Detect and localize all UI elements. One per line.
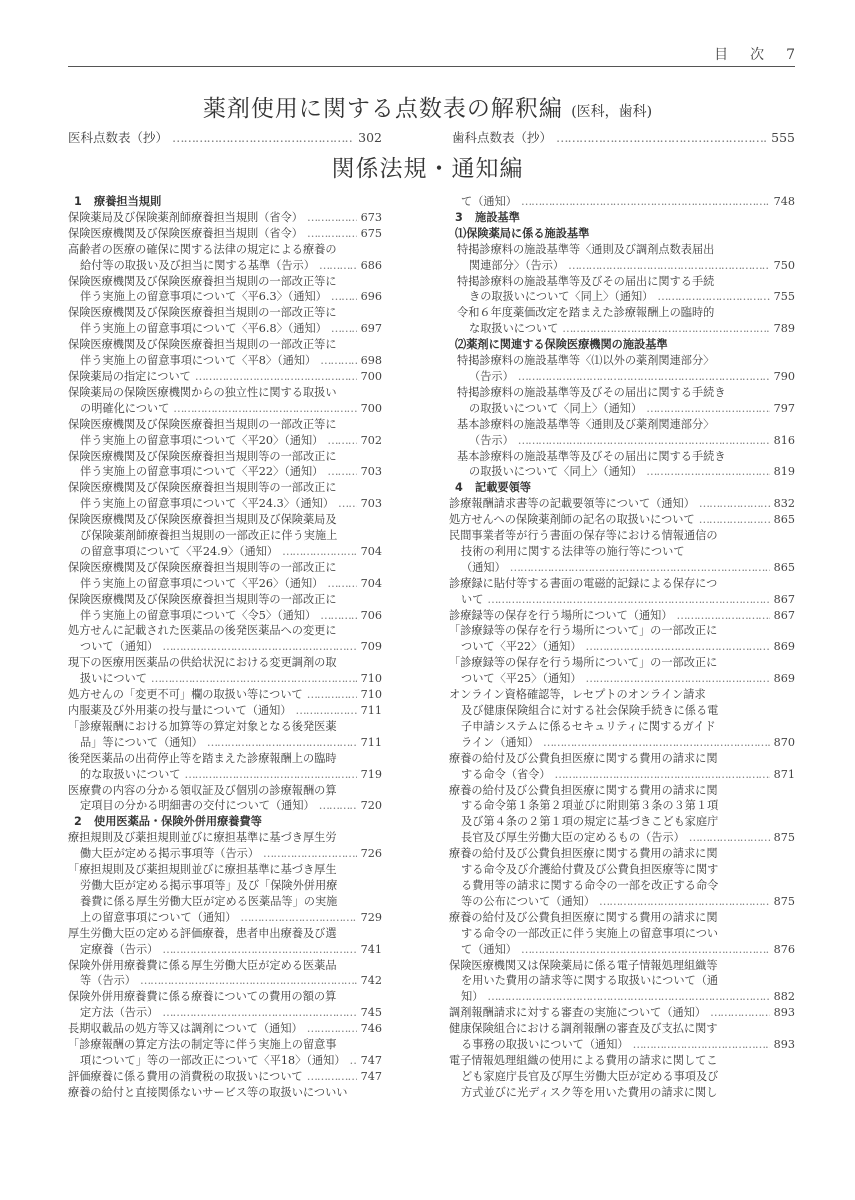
toc-page-number: 703 — [361, 496, 382, 512]
toc-right-column: て（通知）7483施設基準⑴保険薬局に係る施設基準特掲診療料の施設基準等〈通則及… — [449, 194, 795, 1101]
toc-page-number: 673 — [361, 210, 382, 226]
toc-entry[interactable]: 調剤報酬請求に対する審査の実施について（通知）893 — [449, 1005, 795, 1021]
toc-entry[interactable]: 現下の医療用医薬品の供給状況における変更調剤の取扱いについて710 — [68, 655, 382, 687]
toc-entry[interactable]: 保険医療機関及び保険医療養担当規則等の一部改正に伴う実施上の留意事項について〈平… — [68, 560, 382, 592]
toc-entry-text: な取扱いについて — [469, 321, 558, 337]
toc-entry[interactable]: 医療費の内容の分かる領収証及び個別の診療報酬の算定項目の分かる明細書の交付につい… — [68, 783, 382, 815]
toc-entry-text: ども家庭庁長官及び厚生労働大臣が定める事項及び — [449, 1069, 795, 1085]
toc-entry-text: 働大臣が定める掲示事項等（告示） — [80, 846, 259, 862]
toc-entry-text: る費用等の請求に関する命令の一部を改正する命令 — [449, 878, 795, 894]
toc-entry-line: ついて〈平22〉（通知）869 — [449, 639, 795, 655]
toc-entry-text: きの取扱いについて〈同上〉（通知） — [469, 289, 653, 305]
toc-page-number: 870 — [774, 735, 795, 751]
toc-entry-text: 療養の給付及び公費負担医療に関する費用の請求に関 — [449, 846, 795, 862]
toc-entry-text: 令和６年度薬価改定を踏まえた診療報酬上の臨時的 — [449, 305, 795, 321]
toc-entry[interactable]: 診療録等の保存を行う場所について（通知）867 — [449, 608, 795, 624]
toc-entry-text: 保険外併用療養費に係る厚生労働大臣が定める医薬品 — [68, 958, 382, 974]
leader-dots — [307, 226, 357, 242]
leader-dots — [162, 942, 356, 958]
toc-entry[interactable]: 診療報酬請求書等の記載要領等について（通知）832 — [449, 496, 795, 512]
toc-entry-line: ライン（通知）870 — [449, 735, 795, 751]
leader-dots — [162, 639, 356, 655]
toc-entry-text: 療養の給付と直接関係ないサービス等の取扱いについい — [68, 1085, 382, 1101]
toc-entry[interactable]: 後発医薬品の出荷停止等を踏まえた診療報酬上の臨時的な取扱いについて719 — [68, 751, 382, 783]
leader-dots — [518, 369, 770, 385]
toc-entry-text: 技術の利用に関する法律等の施行等について — [449, 544, 795, 560]
toc-entry-line: 伴う実施上の留意事項について〈令5〉（通知）706 — [68, 608, 382, 624]
toc-entry-text: る事務の取扱いについて（通知） — [461, 1037, 629, 1053]
toc-entry-text: 「診療報酬における加算等の算定対象となる後発医薬 — [68, 719, 382, 735]
toc-entry[interactable]: 特掲診療料の施設基準等及びその届出に関する手続きの取扱いについて〈同上〉（通知）… — [449, 385, 795, 417]
toc-entry-line: 伴う実施上の留意事項について〈平26〉（通知）704 — [68, 576, 382, 592]
toc-entry-text: 療担規則及び薬担規則並びに療担基準に基づき厚生労 — [68, 830, 382, 846]
toc-entry[interactable]: 「診療録等の保存を行う場所について」の一部改正について〈平25〉（通知）869 — [449, 655, 795, 687]
toc-entry-text: 給付等の取扱い及び担当に関する基準（告示） — [80, 258, 315, 274]
leader-dots — [350, 1053, 357, 1069]
toc-entry-text: 現下の医療用医薬品の供給状況における変更調剤の取 — [68, 655, 382, 671]
toc-entry-text: 的な取扱いについて — [80, 767, 180, 783]
toc-entry-line: て（通知）748 — [449, 194, 795, 210]
leader-dots — [331, 321, 357, 337]
toc-entry[interactable]: 保険薬局の保険医療機関からの独立性に関する取扱いの明確化について700 — [68, 385, 382, 417]
leader-dots — [699, 496, 770, 512]
toc-page-number: 865 — [774, 512, 795, 528]
running-head: 目次7 — [68, 44, 795, 67]
toc-entry-text: 定項目の分かる明細書の交付について（通知） — [80, 798, 315, 814]
toc-entry-text: する命令第１条第２項並びに附則第３条の３第１項 — [449, 798, 795, 814]
toc-page-number: 686 — [361, 258, 382, 274]
toc-entry-text: 伴う実施上の留意事項について〈平24.3〉（通知） — [80, 496, 334, 512]
toc-page-number: 876 — [774, 942, 795, 958]
running-head-label: 次 — [750, 47, 764, 63]
toc-entry-text: 伴う実施上の留意事項について〈平20〉（通知） — [80, 433, 323, 449]
toc-entry[interactable]: 療養の給付及び公費負担医療に関する費用の請求に関する命令及び介護給付費及び公費負… — [449, 846, 795, 910]
toc-entry-text: 後発医薬品の出荷停止等を踏まえた診療報酬上の臨時 — [68, 751, 382, 767]
toc-page-number: 711 — [361, 735, 382, 751]
toc-entry-text: 内服薬及び外用薬の投与量について（通知） — [68, 703, 292, 719]
toc-entry[interactable]: 医科点数表（抄）302 — [68, 128, 382, 146]
toc-entry-line: 保険薬局の指定について700 — [68, 369, 382, 385]
toc-page-number: 741 — [361, 942, 382, 958]
toc-entry-text: 厚生労働大臣の定める評価療養，患者申出療養及び選 — [68, 926, 382, 942]
toc-entry[interactable]: 特掲診療料の施設基準等及びその届出に関する手続きの取扱いについて〈同上〉（通知）… — [449, 274, 795, 306]
toc-entry-text: 「診療録等の保存を行う場所について」の一部改正に — [449, 655, 795, 671]
toc-entry-text: 伴う実施上の留意事項について〈平6.3〉（通知） — [80, 289, 327, 305]
toc-page-number: 709 — [361, 639, 382, 655]
toc-entry[interactable]: 「診療報酬における加算等の算定対象となる後発医薬品」等について（通知）711 — [68, 719, 382, 751]
toc-entry-text: 長官及び厚生労働大臣の定めるもの（告示） — [461, 830, 685, 846]
toc-entry-text: 保険医療機関及び保険医療養担当規則（省令） — [68, 226, 303, 242]
toc-entry-line: 内服薬及び外用薬の投与量について（通知）711 — [68, 703, 382, 719]
toc-entry-text: 療養の給付及び公費負担医療に関する費用の請求に関 — [449, 910, 795, 926]
toc-page-number: 726 — [361, 846, 382, 862]
subsection-heading: ⑴保険薬局に係る施設基準 — [449, 226, 795, 242]
leader-dots — [296, 703, 357, 719]
toc-entry-line: 知）882 — [449, 989, 795, 1005]
toc-entry[interactable]: オンライン資格確認等，レセプトのオンライン請求及び健康保険組合に対する社会保険手… — [449, 687, 795, 751]
toc-entry[interactable]: て（通知）748 — [449, 194, 795, 210]
toc-entry-line: 伴う実施上の留意事項について〈平6.8〉（通知）697 — [68, 321, 382, 337]
toc-entry-text: 上の留意事項について（通知） — [80, 910, 236, 926]
leader-dots — [307, 1021, 357, 1037]
leader-dots — [327, 464, 356, 480]
toc-entry[interactable]: 保険薬局及び保険薬剤師療養担当規則（省令）673 — [68, 210, 382, 226]
toc-entry-text: いて — [461, 592, 483, 608]
toc-entry-text: 特掲診療料の施設基準等及びその届出に関する手続 — [449, 274, 795, 290]
toc-entry-line: 保険薬局及び保険薬剤師療養担当規則（省令）673 — [68, 210, 382, 226]
toc-entry-text: び保険薬剤師療養担当規則の一部改正に伴う実施上 — [68, 528, 382, 544]
toc-entry-line: 伴う実施上の留意事項について〈平24.3〉（通知）703 — [68, 496, 382, 512]
leader-dots — [331, 289, 357, 305]
toc-page-number: 729 — [361, 910, 382, 926]
part-subtitle: (医科，歯科) — [571, 104, 652, 120]
leader-dots — [699, 512, 770, 528]
leader-dots — [543, 735, 770, 751]
leader-dots — [633, 1037, 770, 1053]
leader-dots — [487, 592, 769, 608]
toc-entry-text: 処方せんの「変更不可」欄の取扱い等について — [68, 687, 303, 703]
toc-entry[interactable]: 保険医療機関及び保険医療養担当規則等の一部改正に伴う実施上の留意事項について〈平… — [68, 480, 382, 512]
toc-entry[interactable]: 保険医療機関及び保険医療養担当規則の一部改正等に伴う実施上の留意事項について〈平… — [68, 274, 382, 306]
toc-page-number: 719 — [361, 767, 382, 783]
toc-entry-line: 等の公布について（通知）875 — [449, 894, 795, 910]
toc-entry-text: 民間事業者等が行う書面の保存等における情報通信の — [449, 528, 795, 544]
toc-entry-text: 労働大臣が定める掲示事項等」及び「保険外併用療 — [68, 878, 382, 894]
leader-dots — [195, 369, 357, 385]
toc-entry-text: 伴う実施上の留意事項について〈令5〉（通知） — [80, 608, 316, 624]
toc-entry-text: 評価療養に係る費用の消費税の取扱いについて — [68, 1069, 303, 1085]
toc-page-number: 698 — [361, 353, 382, 369]
toc-entry[interactable]: 療養の給付及び公費負担医療に関する費用の請求に関する命令の一部改正に伴う実施上の… — [449, 910, 795, 958]
toc-entry-text: ついて〈平25〉（通知） — [461, 671, 582, 687]
toc-entry-text: 保険医療機関及び保険医療養担当規則の一部改正等に — [68, 337, 382, 353]
section-heading: 2使用医薬品・保険外併用療養費等 — [68, 814, 382, 830]
toc-entry-text: する命令及び介護給付費及び公費負担医療等に関す — [449, 862, 795, 878]
leader-dots — [207, 735, 357, 751]
toc-page-number: 865 — [774, 560, 795, 576]
toc-entry[interactable]: 処方せんの「変更不可」欄の取扱い等について710 — [68, 687, 382, 703]
toc-entry[interactable]: 保険医療機関及び保険医療養担当規則の一部改正等に伴う実施上の留意事項について〈平… — [68, 417, 382, 449]
leader-dots — [307, 687, 357, 703]
toc-entry-text: 長期収載品の処方等又は調剤について（通知） — [68, 1021, 303, 1037]
toc-entry-line: 伴う実施上の留意事項について〈平20〉（通知）702 — [68, 433, 382, 449]
leader-dots — [518, 433, 770, 449]
toc-entry[interactable]: 保険医療機関及び保険医療養担当規則及び保険薬局及び保険薬剤師療養担当規則の一部改… — [68, 512, 382, 560]
toc-entry-line: の明確化について700 — [68, 401, 382, 417]
toc-page-number: 875 — [774, 830, 795, 846]
toc-entry-line: の取扱いについて〈同上〉（通知）819 — [449, 464, 795, 480]
toc-page-number: 742 — [361, 973, 382, 989]
toc-entry-text: 及び健康保険組合に対する社会保険手続きに係る電 — [449, 703, 795, 719]
toc-page-number: 302 — [358, 130, 382, 145]
toc-entry-text: 基本診療料の施設基準等〈通則及び薬剤関連部分〉 — [449, 417, 795, 433]
toc-entry-text: 等の公布について（通知） — [461, 894, 595, 910]
toc-entry-line: る事務の取扱いについて（通知）893 — [449, 1037, 795, 1053]
toc-entry-text: 基本診療料の施設基準等及びその届出に関する手続き — [449, 449, 795, 465]
toc-entry-text: 伴う実施上の留意事項について〈平26〉（通知） — [80, 576, 323, 592]
toc-entry[interactable]: 保険医療機関及び保険医療養担当規則等の一部改正に伴う実施上の留意事項について〈令… — [68, 592, 382, 624]
toc-page-number: 675 — [361, 226, 382, 242]
toc-entry[interactable]: 歯科点数表（抄）555 — [452, 128, 795, 146]
toc-entry-text: 処方せんに記載された医薬品の後発医薬品への変更に — [68, 623, 382, 639]
section-number: 3 — [449, 210, 475, 226]
toc-entry-line: 評価療養に係る費用の消費税の取扱いについて747 — [68, 1069, 382, 1085]
toc-entry-text: 処方せんへの保険薬剤師の記名の取扱いについて — [449, 512, 695, 528]
toc-entry-text: 保険外併用療養費に係る療養についての費用の額の算 — [68, 989, 382, 1005]
leader-dots — [521, 194, 770, 210]
leader-dots — [184, 767, 356, 783]
toc-entry-text: （通知） — [461, 560, 506, 576]
toc-entry-text: 医療費の内容の分かる領収証及び個別の診療報酬の算 — [68, 783, 382, 799]
toc-entry[interactable]: 令和６年度薬価改定を踏まえた診療報酬上の臨時的な取扱いについて789 — [449, 305, 795, 337]
toc-page-number: 790 — [774, 369, 795, 385]
toc-entry[interactable]: 特掲診療料の施設基準等〈通則及び調剤点数表届出関連部分〉（告示）750 — [449, 242, 795, 274]
leader-dots — [568, 258, 770, 274]
toc-page-number: 745 — [361, 1005, 382, 1021]
toc-entry[interactable]: 療養の給付及び公費負担医療に関する費用の請求に関する命令第１条第２項並びに附則第… — [449, 783, 795, 847]
toc-entry-text: オンライン資格確認等，レセプトのオンライン請求 — [449, 687, 795, 703]
toc-entry[interactable]: 基本診療料の施設基準等〈通則及び薬剤関連部分〉（告示）816 — [449, 417, 795, 449]
toc-entry-text: 特掲診療料の施設基準等〈⑴以外の薬剤関連部分〉 — [449, 353, 795, 369]
toc-entry-text: 調剤報酬請求に対する審査の実施について（通知） — [449, 1005, 706, 1021]
toc-entry-text: 診療報酬請求書等の記載要領等について（通知） — [449, 496, 695, 512]
leader-dots — [282, 544, 357, 560]
leader-dots — [263, 846, 357, 862]
toc-entry-line: 診療録等の保存を行う場所について（通知）867 — [449, 608, 795, 624]
leader-dots — [710, 1005, 770, 1021]
toc-entry-text: ライン（通知） — [461, 735, 539, 751]
toc-page-number: 700 — [361, 401, 382, 417]
part-title-interpretation: 薬剤使用に関する点数表の解釈編 (医科，歯科) — [0, 90, 855, 123]
toc-entry[interactable]: 療養の給付と直接関係ないサービス等の取扱いについい — [68, 1085, 382, 1101]
toc-page-number: 704 — [361, 576, 382, 592]
toc-entry-text: ついて〈平22〉（通知） — [461, 639, 582, 655]
section-title: 療養担当規則 — [94, 195, 161, 208]
leader-dots — [586, 671, 770, 687]
toc-page-number: 555 — [771, 130, 795, 145]
leader-dots — [646, 401, 769, 417]
toc-page-number: 893 — [774, 1037, 795, 1053]
toc-entry[interactable]: 療担規則及び薬担規則並びに療担基準に基づき厚生労働大臣が定める掲示事項等（告示）… — [68, 830, 382, 862]
toc-entry-text: 項について」等の一部改正について〈平18〉（通知） — [80, 1053, 346, 1069]
toc-entry-line: 項について」等の一部改正について〈平18〉（通知）747 — [68, 1053, 382, 1069]
toc-entry-line: な取扱いについて789 — [449, 321, 795, 337]
leader-dots — [689, 830, 770, 846]
leader-dots — [646, 464, 769, 480]
leader-dots — [521, 942, 770, 958]
toc-entry-text: 電子情報処理組織の使用による費用の請求に関してこ — [449, 1053, 795, 1069]
toc-entry-text: （告示） — [469, 433, 514, 449]
leader-dots — [240, 910, 356, 926]
toc-entry[interactable]: 内服薬及び外用薬の投与量について（通知）711 — [68, 703, 382, 719]
toc-entry-line: 伴う実施上の留意事項について〈平22〉（通知）703 — [68, 464, 382, 480]
leader-dots — [338, 496, 357, 512]
toc-entry-line: 関連部分〉（告示）750 — [449, 258, 795, 274]
toc-entry-text: 療養の給付及び公費負担医療に関する費用の請求に関 — [449, 751, 795, 767]
toc-entry[interactable]: 保険医療機関及び保険医療養担当規則の一部改正等に伴う実施上の留意事項について〈平… — [68, 305, 382, 337]
toc-entry-line: （通知）865 — [449, 560, 795, 576]
toc-entry-text: 保険医療機関及び保険医療養担当規則及び保険薬局及 — [68, 512, 382, 528]
leader-dots — [307, 1069, 357, 1085]
toc-page-number: 867 — [774, 608, 795, 624]
toc-page-number: 704 — [361, 544, 382, 560]
toc-entry-text: 保険薬局の指定について — [68, 369, 191, 385]
toc-entry-text: の取扱いについて〈同上〉（通知） — [469, 464, 642, 480]
toc-page-number: 710 — [361, 671, 382, 687]
leader-dots — [586, 639, 770, 655]
leader-dots — [307, 210, 357, 226]
toc-entry[interactable]: 「診療録等の保存を行う場所について」の一部改正について〈平22〉（通知）869 — [449, 623, 795, 655]
leader-dots — [555, 767, 770, 783]
toc-entry-text: て（通知） — [461, 942, 517, 958]
toc-entry-line: する命令（省令）871 — [449, 767, 795, 783]
leader-dots — [140, 973, 357, 989]
toc-entry-text: 保険医療機関及び保険医療養担当規則等の一部改正に — [68, 592, 382, 608]
toc-entry[interactable]: 保険外併用療養費に係る厚生労働大臣が定める医薬品等（告示）742 — [68, 958, 382, 990]
toc-entry[interactable]: 電子情報処理組織の使用による費用の請求に関してこども家庭庁長官及び厚生労働大臣が… — [449, 1053, 795, 1101]
toc-entry-text: 「療担規則及び薬担規則並びに療担基準に基づき厚生 — [68, 862, 382, 878]
leader-dots — [151, 671, 357, 687]
toc-entry-line: 伴う実施上の留意事項について〈平8〉（通知）698 — [68, 353, 382, 369]
toc-entry-text: 「診療録等の保存を行う場所について」の一部改正に — [449, 623, 795, 639]
toc-entry-text: 伴う実施上の留意事項について〈平22〉（通知） — [80, 464, 323, 480]
toc-page-number: 746 — [361, 1021, 382, 1037]
toc-page-number: 702 — [361, 433, 382, 449]
toc-entry-line: 定方法（告示）745 — [68, 1005, 382, 1021]
toc-entry-line: ついて（通知）709 — [68, 639, 382, 655]
toc-entry-text: 保険医療機関及び保険医療養担当規則等の一部改正に — [68, 560, 382, 576]
toc-entry-text: 特掲診療料の施設基準等〈通則及び調剤点数表届出 — [449, 242, 795, 258]
toc-entry[interactable]: 高齢者の医療の確保に関する法律の規定による療養の給付等の取扱い及び担当に関する基… — [68, 242, 382, 274]
toc-entry-text: 健康保険組合における調剤報酬の審査及び支払に関す — [449, 1021, 795, 1037]
section-title: 記載要領等 — [475, 481, 531, 494]
toc-entry[interactable]: 「診療報酬の算定方法の制定等に伴う実施上の留意事項について」等の一部改正について… — [68, 1037, 382, 1069]
toc-entry-text: 診療録等の保存を行う場所について（通知） — [449, 608, 673, 624]
toc-entry-line: 定療養（告示）741 — [68, 942, 382, 958]
toc-entry-line: 扱いについて710 — [68, 671, 382, 687]
section-heading: 3施設基準 — [449, 210, 795, 226]
toc-entry[interactable]: 「療担規則及び薬担規則並びに療担基準に基づき厚生労働大臣が定める掲示事項等」及び… — [68, 862, 382, 926]
toc-entry-line: 給付等の取扱い及び担当に関する基準（告示）686 — [68, 258, 382, 274]
toc-entry[interactable]: 民間事業者等が行う書面の保存等における情報通信の技術の利用に関する法律等の施行等… — [449, 528, 795, 576]
toc-entry[interactable]: 評価療養に係る費用の消費税の取扱いについて747 — [68, 1069, 382, 1085]
toc-entry[interactable]: 診療録に貼付等する書面の電磁的記録による保存について867 — [449, 576, 795, 608]
toc-entry-text: 診療録に貼付等する書面の電磁的記録による保存につ — [449, 576, 795, 592]
toc-page-number: 747 — [361, 1053, 382, 1069]
toc-entry-text: て（通知） — [461, 194, 517, 210]
toc-page-number: 697 — [361, 321, 382, 337]
toc-entry[interactable]: 処方せんへの保険薬剤師の記名の取扱いについて865 — [449, 512, 795, 528]
toc-entry-text: 保険医療機関及び保険医療養担当規則等の一部改正に — [68, 480, 382, 496]
toc-entry-line: 働大臣が定める掲示事項等（告示）726 — [68, 846, 382, 862]
toc-entry-text: の取扱いについて〈同上〉（通知） — [469, 401, 642, 417]
section-number: 4 — [449, 480, 475, 496]
toc-entry-text: 「診療報酬の算定方法の制定等に伴う実施上の留意事 — [68, 1037, 382, 1053]
toc-entry-line: の留意事項について〈平24.9〉（通知）704 — [68, 544, 382, 560]
leader-dots — [162, 1005, 356, 1021]
toc-page-number: 789 — [774, 321, 795, 337]
toc-entry[interactable]: 療養の給付及び公費負担医療に関する費用の請求に関する命令（省令）871 — [449, 751, 795, 783]
leader-dots — [319, 258, 357, 274]
toc-entry[interactable]: 保険医療機関及び保険医療養担当規則（省令）675 — [68, 226, 382, 242]
toc-entry[interactable]: 長期収載品の処方等又は調剤について（通知）746 — [68, 1021, 382, 1037]
toc-entry-line: 定項目の分かる明細書の交付について（通知）720 — [68, 798, 382, 814]
toc-entry-line: て（通知）876 — [449, 942, 795, 958]
toc-entry-text: の明確化について — [80, 401, 169, 417]
part-title-regulations: 関係法規・通知編 — [0, 150, 855, 183]
toc-page-number: 893 — [774, 1005, 795, 1021]
toc-entry[interactable]: 特掲診療料の施設基準等〈⑴以外の薬剤関連部分〉（告示）790 — [449, 353, 795, 385]
toc-entry-line: 処方せんへの保険薬剤師の記名の取扱いについて865 — [449, 512, 795, 528]
toc-page-number: 706 — [361, 608, 382, 624]
running-head-label: 目 — [714, 47, 728, 63]
leader-dots — [510, 560, 770, 576]
section-number: 1 — [68, 194, 94, 210]
toc-entry[interactable]: 基本診療料の施設基準等及びその届出に関する手続きの取扱いについて〈同上〉（通知）… — [449, 449, 795, 481]
toc-entry[interactable]: 処方せんに記載された医薬品の後発医薬品への変更について（通知）709 — [68, 623, 382, 655]
toc-entry-line: 処方せんの「変更不可」欄の取扱い等について710 — [68, 687, 382, 703]
toc-entry-text: 子申請システムに係るセキュリティに関するガイド — [449, 719, 795, 735]
toc-entry-text: 保険医療機関及び保険医療養担当規則の一部改正等に — [68, 274, 382, 290]
toc-entry-text: 療養の給付及び公費負担医療に関する費用の請求に関 — [449, 783, 795, 799]
toc-page-number: 869 — [774, 671, 795, 687]
section-heading: 1療養担当規則 — [68, 194, 382, 210]
toc-page-number: 816 — [774, 433, 795, 449]
section-heading: 4記載要領等 — [449, 480, 795, 496]
toc-entry-line: 調剤報酬請求に対する審査の実施について（通知）893 — [449, 1005, 795, 1021]
toc-entry-line: 長期収載品の処方等又は調剤について（通知）746 — [68, 1021, 382, 1037]
toc-entry-text: 知） — [461, 989, 483, 1005]
toc-page-number: 700 — [361, 369, 382, 385]
toc-entry[interactable]: 保険医療機関又は保険薬局に係る電子情報処理組織等を用いた費用の請求等に関する取扱… — [449, 958, 795, 1006]
toc-page-number: 720 — [361, 798, 382, 814]
leader-dots — [319, 798, 357, 814]
toc-entry-text: の留意事項について〈平24.9〉（通知） — [80, 544, 278, 560]
section-title: 使用医薬品・保険外併用療養費等 — [94, 815, 262, 828]
toc-entry-text: 定療養（告示） — [80, 942, 158, 958]
toc-page-number: 696 — [361, 289, 382, 305]
leader-dots — [657, 289, 769, 305]
toc-entry-line: の取扱いについて〈同上〉（通知）797 — [449, 401, 795, 417]
leader-dots — [599, 894, 770, 910]
toc-entry-line: 診療報酬請求書等の記載要領等について（通知）832 — [449, 496, 795, 512]
toc-entry[interactable]: 保険医療機関及び保険医療養担当規則の一部改正等に伴う実施上の留意事項について〈平… — [68, 337, 382, 369]
toc-page-number: 750 — [774, 258, 795, 274]
toc-entry-text: 等（告示） — [80, 973, 136, 989]
toc-entry-text: 伴う実施上の留意事項について〈平6.8〉（通知） — [80, 321, 327, 337]
toc-page-number: 875 — [774, 894, 795, 910]
toc-entry-text: 保険医療機関又は保険薬局に係る電子情報処理組織等 — [449, 958, 795, 974]
toc-page-number: 832 — [774, 496, 795, 512]
leader-dots — [677, 608, 770, 624]
toc-entry-text: する命令の一部改正に伴う実施上の留意事項につい — [449, 926, 795, 942]
toc-entry-text: 及び第４条の２第１項の規定に基づきこども家庭庁 — [449, 814, 795, 830]
page-number: 7 — [786, 47, 795, 63]
toc-page-number: 711 — [361, 703, 382, 719]
toc-entry-line: 等（告示）742 — [68, 973, 382, 989]
leader-dots — [327, 576, 356, 592]
toc-entry[interactable]: 保険薬局の指定について700 — [68, 369, 382, 385]
toc-entry-text: ついて（通知） — [80, 639, 158, 655]
toc-entry-line: （告示）816 — [449, 433, 795, 449]
toc-entry[interactable]: 保険医療機関及び保険医療養担当規則等の一部改正に伴う実施上の留意事項について〈平… — [68, 449, 382, 481]
toc-entry[interactable]: 厚生労働大臣の定める評価療養，患者申出療養及び選定療養（告示）741 — [68, 926, 382, 958]
toc-entry[interactable]: 健康保険組合における調剤報酬の審査及び支払に関する事務の取扱いについて（通知）8… — [449, 1021, 795, 1053]
toc-entry[interactable]: 保険外併用療養費に係る療養についての費用の額の算定方法（告示）745 — [68, 989, 382, 1021]
toc-page-number: 882 — [774, 989, 795, 1005]
toc-entry-text: 定方法（告示） — [80, 1005, 158, 1021]
leader-dots — [320, 608, 356, 624]
